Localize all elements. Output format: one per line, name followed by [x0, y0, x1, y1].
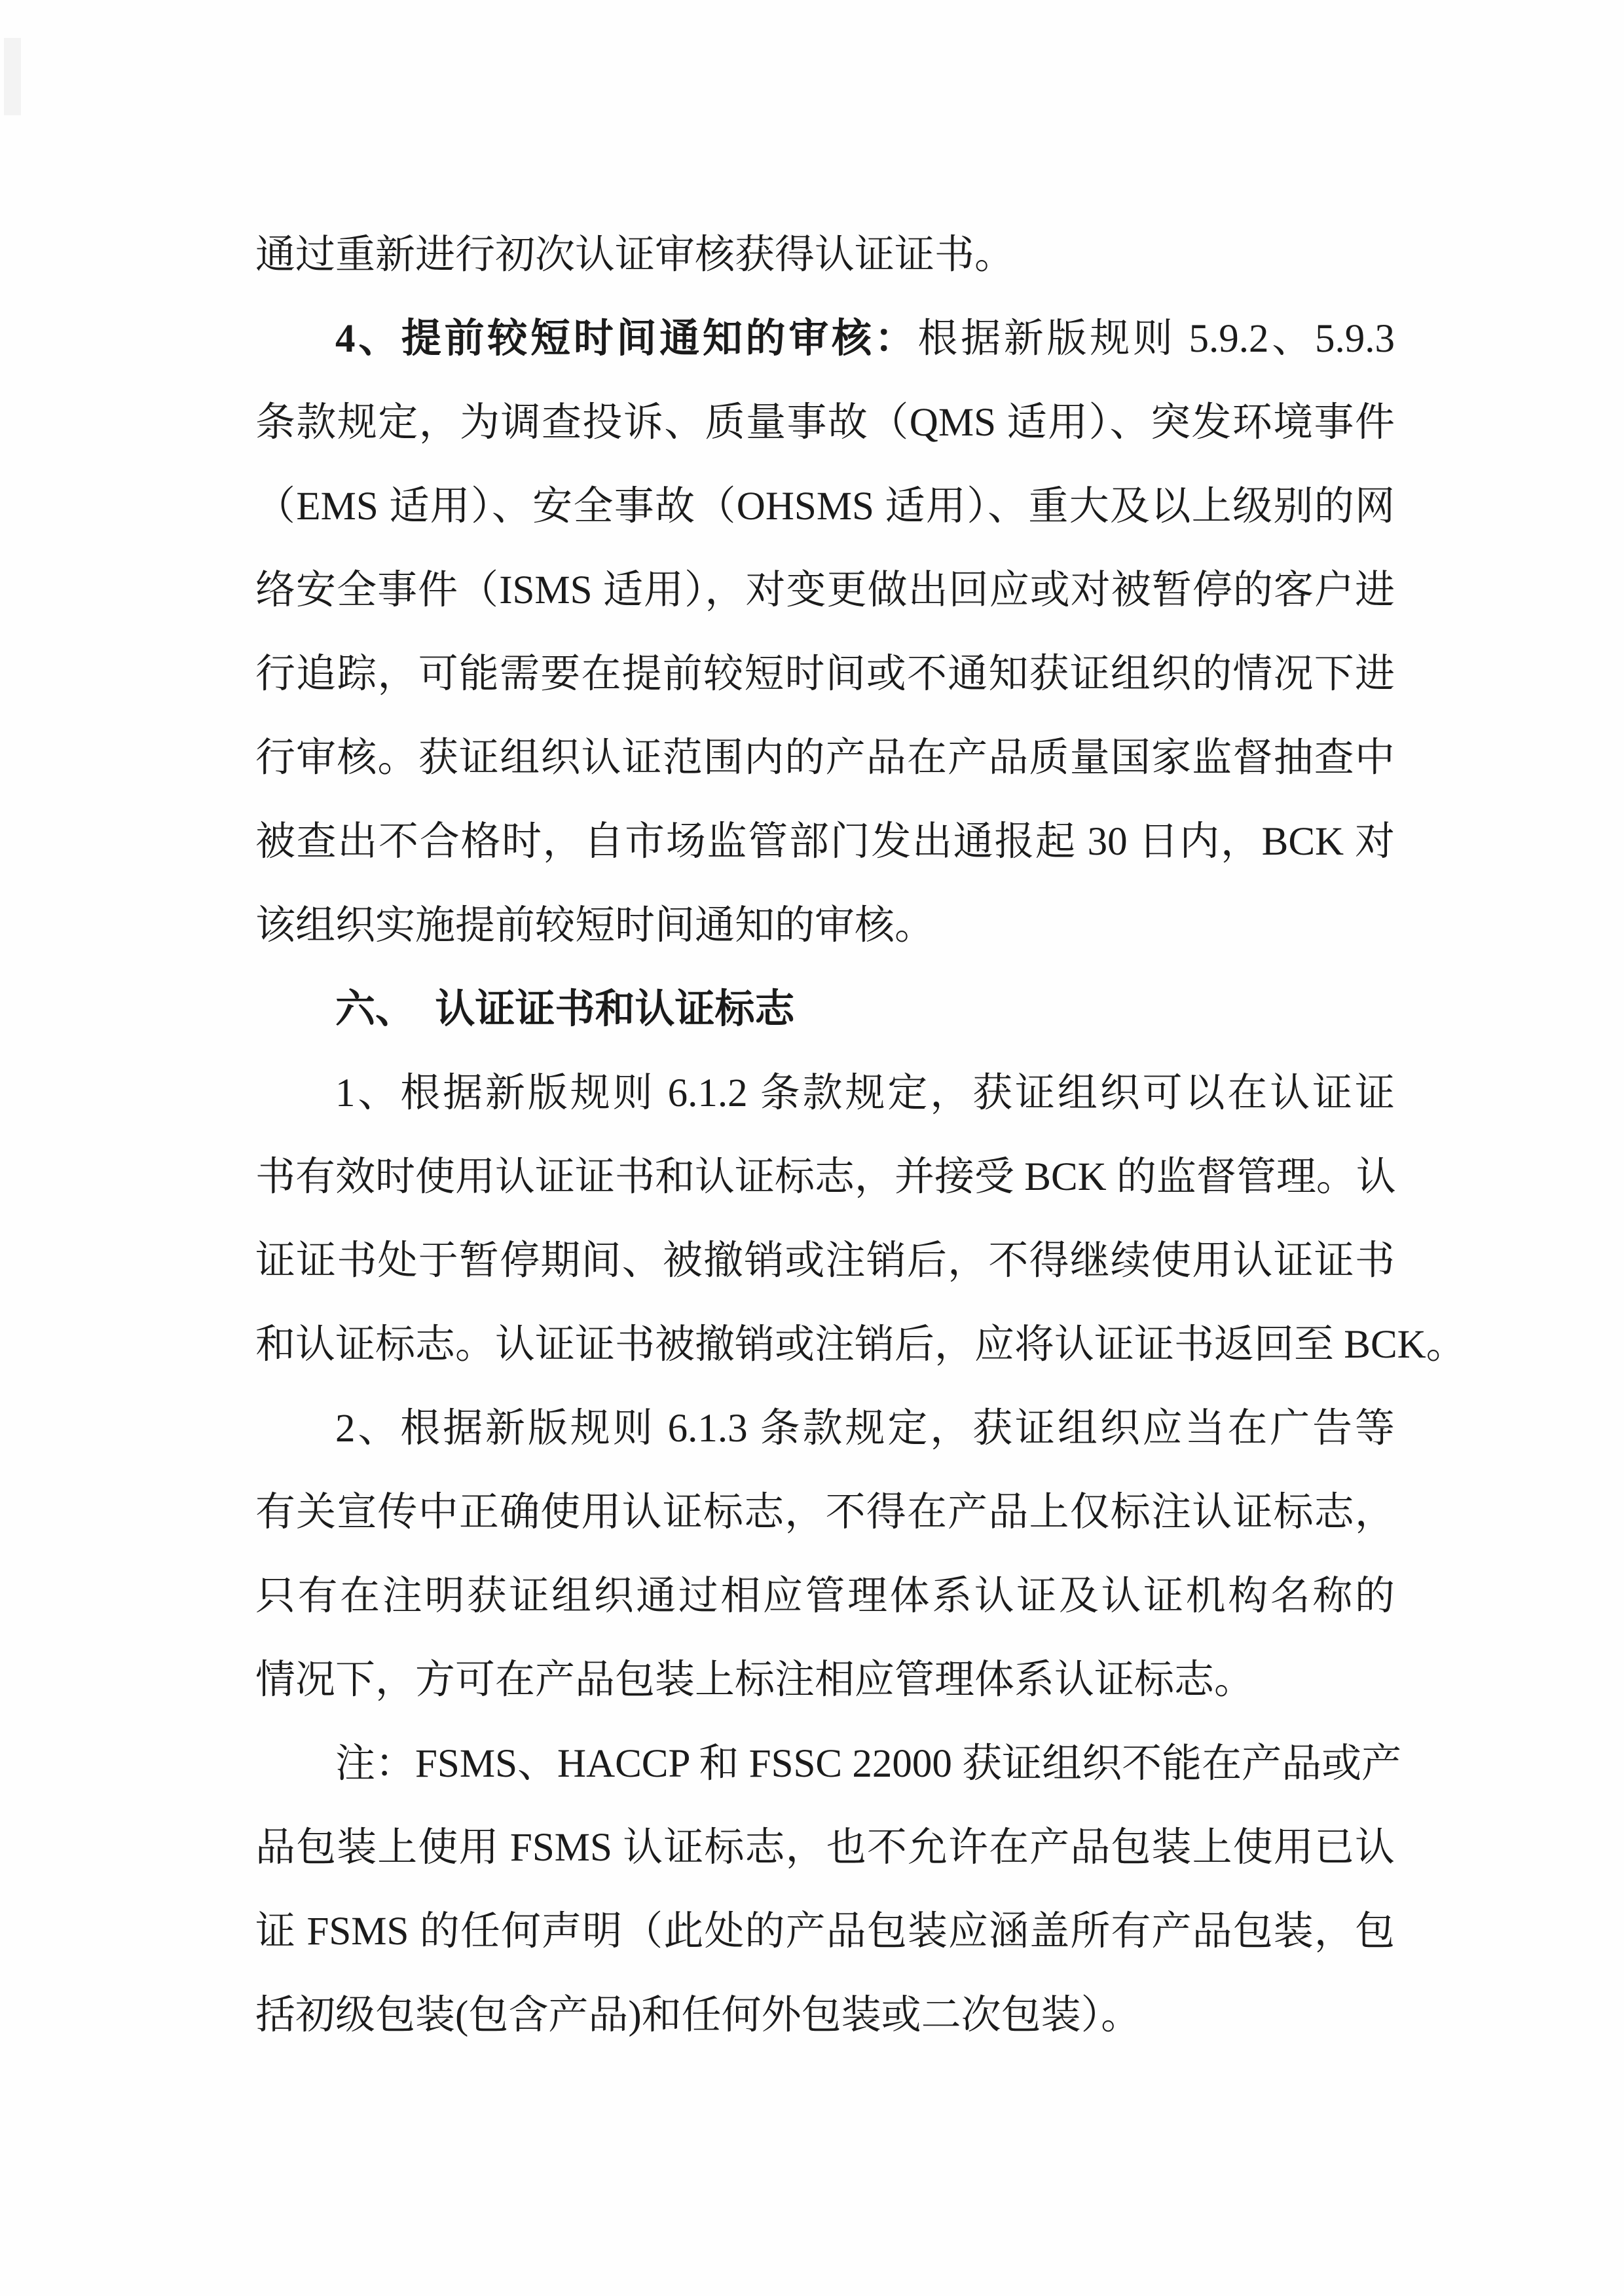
text-run: 证 FSMS 的任何声明（此处的产品包装应涵盖所有产品包装，包	[255, 1910, 1395, 1953]
text-line: （EMS 适用）、安全事故（OHSMS 适用）、重大及以上级别的网	[255, 465, 1395, 549]
text-line: 证证书处于暂停期间、被撤销或注销后，不得继续使用认证证书	[255, 1219, 1395, 1303]
text-run: 该组织实施提前较短时间通知的审核。	[255, 904, 934, 948]
text-line: 品包装上使用 FSMS 认证标志，也不允许在产品包装上使用已认	[255, 1806, 1395, 1890]
text-line: 和认证标志。认证证书被撤销或注销后，应将认证证书返回至 BCK。	[255, 1303, 1395, 1387]
text-run: 2、根据新版规则 6.1.3 条款规定，获证组织应当在广告等	[335, 1407, 1395, 1451]
text-line: 书有效时使用认证证书和认证标志，并接受 BCK 的监督管理。认	[255, 1136, 1395, 1219]
text-run: 证证书处于暂停期间、被撤销或注销后，不得继续使用认证证书	[255, 1239, 1395, 1283]
text-run: 品包装上使用 FSMS 认证标志，也不允许在产品包装上使用已认	[255, 1826, 1395, 1870]
text-run: 书有效时使用认证证书和认证标志，并接受 BCK 的监督管理。认	[255, 1155, 1396, 1199]
text-line: 该组织实施提前较短时间通知的审核。	[255, 884, 1395, 968]
text-line: 有关宣传中正确使用认证标志，不得在产品上仅标注认证标志，	[255, 1471, 1395, 1555]
text-line: 行追踪，可能需要在提前较短时间或不通知获证组织的情况下进	[255, 633, 1395, 716]
text-run: 络安全事件（ISMS 适用），对变更做出回应或对被暂停的客户进	[255, 568, 1395, 612]
text-line: 1、根据新版规则 6.1.2 条款规定，获证组织可以在认证证	[255, 1052, 1395, 1136]
text-run: 有关宣传中正确使用认证标志，不得在产品上仅标注认证标志，	[255, 1491, 1395, 1534]
text-line: 条款规定，为调查投诉、质量事故（QMS 适用）、突发环境事件	[255, 381, 1395, 465]
text-run: 条款规定，为调查投诉、质量事故（QMS 适用）、突发环境事件	[255, 401, 1395, 445]
text-run: 被查出不合格时，自市场监管部门发出通报起 30 日内，BCK 对	[255, 820, 1395, 864]
text-run: 根据新版规则 5.9.2、5.9.3	[917, 317, 1395, 361]
bold-run: 六、 认证证书和认证标志	[335, 988, 795, 1031]
text-line: 2、根据新版规则 6.1.3 条款规定，获证组织应当在广告等	[255, 1387, 1395, 1471]
text-line: 只有在注明获证组织通过相应管理体系认证及认证机构名称的	[255, 1555, 1395, 1639]
text-line: 情况下，方可在产品包装上标注相应管理体系认证标志。	[255, 1639, 1395, 1722]
bold-run: 4、提前较短时间通知的审核：	[335, 317, 917, 361]
text-line: 被查出不合格时，自市场监管部门发出通报起 30 日内，BCK 对	[255, 800, 1395, 884]
text-line: 行审核。获证组织认证范围内的产品在产品质量国家监督抽查中	[255, 716, 1395, 800]
document-page: 通过重新进行初次认证审核获得认证证书。 4、提前较短时间通知的审核：根据新版规则…	[0, 0, 1624, 2296]
text-run: 1、根据新版规则 6.1.2 条款规定，获证组织可以在认证证	[335, 1071, 1395, 1115]
text-run: 行审核。获证组织认证范围内的产品在产品质量国家监督抽查中	[255, 736, 1395, 780]
text-line: 注：FSMS、HACCP 和 FSSC 22000 获证组织不能在产品或产	[255, 1722, 1395, 1806]
text-run: 注：FSMS、HACCP 和 FSSC 22000 获证组织不能在产品或产	[335, 1742, 1401, 1786]
text-run: 只有在注明获证组织通过相应管理体系认证及认证机构名称的	[255, 1574, 1395, 1618]
text-line: 络安全事件（ISMS 适用），对变更做出回应或对被暂停的客户进	[255, 549, 1395, 633]
text-run: 行追踪，可能需要在提前较短时间或不通知获证组织的情况下进	[255, 652, 1395, 696]
text-line: 括初级包装(包含产品)和任何外包装或二次包装）。	[255, 1974, 1395, 2058]
text-run: 括初级包装(包含产品)和任何外包装或二次包装）。	[255, 1993, 1141, 2037]
text-run: 情况下，方可在产品包装上标注相应管理体系认证标志。	[255, 1658, 1254, 1702]
scan-artifact	[4, 38, 21, 115]
text-line: 4、提前较短时间通知的审核：根据新版规则 5.9.2、5.9.3	[255, 297, 1395, 381]
text-run: （EMS 适用）、安全事故（OHSMS 适用）、重大及以上级别的网	[255, 485, 1395, 528]
document-text-block: 通过重新进行初次认证审核获得认证证书。 4、提前较短时间通知的审核：根据新版规则…	[255, 213, 1395, 2058]
text-line: 证 FSMS 的任何声明（此处的产品包装应涵盖所有产品包装，包	[255, 1890, 1395, 1974]
text-run: 和认证标志。认证证书被撤销或注销后，应将认证证书返回至 BCK。	[255, 1323, 1466, 1367]
text-line: 通过重新进行初次认证审核获得认证证书。	[255, 213, 1395, 297]
text-run: 通过重新进行初次认证审核获得认证证书。	[255, 233, 1014, 277]
section-heading: 六、 认证证书和认证标志	[255, 968, 1395, 1052]
